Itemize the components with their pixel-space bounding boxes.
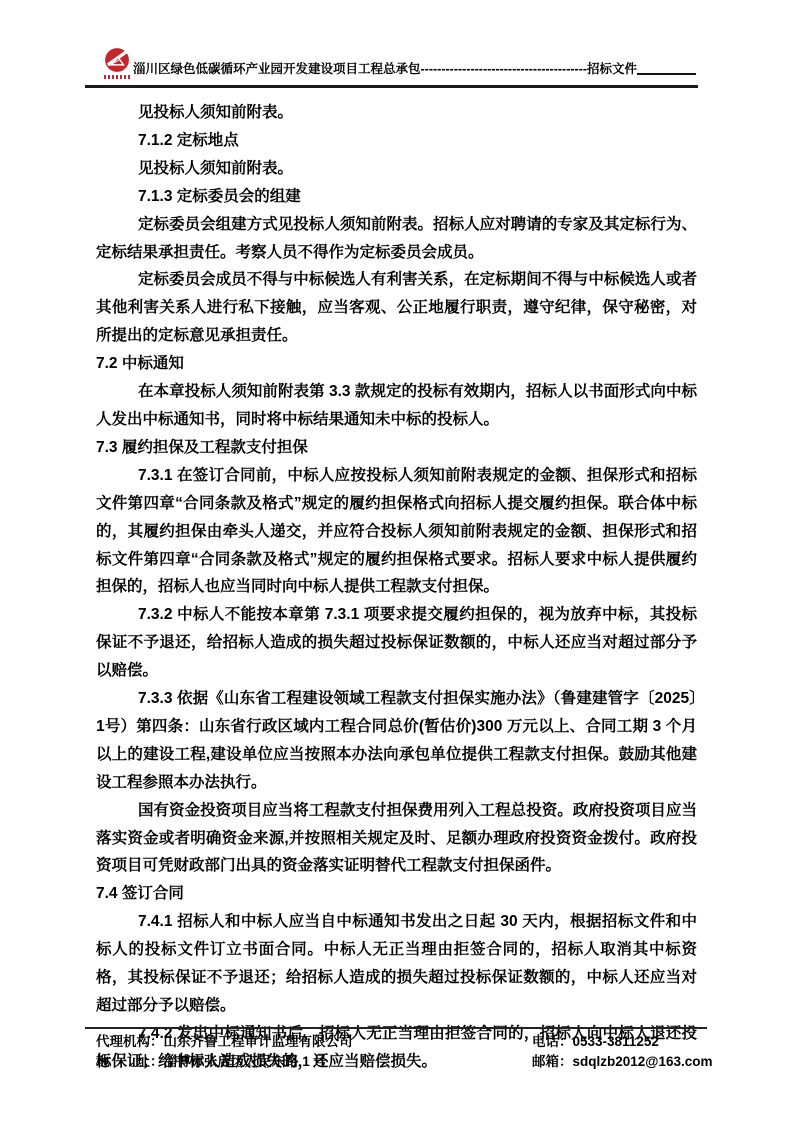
paragraph: 定标委员会组建方式见投标人须知前附表。招标人应对聘请的专家及其定标行为、定标结果… bbox=[96, 211, 697, 267]
page-footer: 代理机构：山东齐鲁工程审计监理有限公司 电话：0533-3811252 地 址：… bbox=[96, 1032, 707, 1072]
project-title: 淄川区绿色低碳循环产业园开发建设项目工程总承包 bbox=[133, 62, 421, 76]
doc-type-label: 招标文件 bbox=[587, 62, 637, 76]
agency-name: 代理机构：山东齐鲁工程审计监理有限公司 bbox=[96, 1032, 353, 1052]
footer-row: 地 址：淄博市张店区人民东路 1 号 邮箱：sdqlzb2012@163.com bbox=[96, 1052, 707, 1072]
header-short-rule bbox=[637, 73, 696, 75]
document-body: 见投标人须知前附表。 7.1.2 定标地点 见投标人须知前附表。 7.1.3 定… bbox=[96, 99, 697, 1076]
footer-row: 代理机构：山东齐鲁工程审计监理有限公司 电话：0533-3811252 bbox=[96, 1032, 707, 1052]
paragraph: 见投标人须知前附表。 bbox=[96, 155, 697, 183]
paragraph: 7.3.2 中标人不能按本章第 7.3.1 项要求提交履约担保的，视为放弃中标，… bbox=[96, 601, 697, 685]
paragraph: 定标委员会成员不得与中标候选人有利害关系，在定标期间不得与中标候选人或者其他利害… bbox=[96, 266, 697, 350]
document-page: 淄川区绿色低碳循环产业园开发建设项目工程总承包-----------------… bbox=[0, 0, 793, 1121]
paragraph: 见投标人须知前附表。 bbox=[96, 99, 697, 127]
company-logo-icon bbox=[104, 47, 130, 73]
phone-number: 电话：0533-3811252 bbox=[532, 1032, 659, 1052]
section-heading: 7.1.3 定标委员会的组建 bbox=[96, 183, 697, 211]
section-heading: 7.1.2 定标地点 bbox=[96, 127, 697, 155]
paragraph: 7.3.1 在签订合同前，中标人应按投标人须知前附表规定的金额、担保形式和招标文… bbox=[96, 462, 697, 602]
section-heading: 7.2 中标通知 bbox=[96, 350, 697, 378]
section-heading: 7.3 履约担保及工程款支付担保 bbox=[96, 434, 697, 462]
agency-address: 地 址：淄博市张店区人民东路 1 号 bbox=[96, 1052, 327, 1072]
paragraph: 在本章投标人须知前附表第 3.3 款规定的投标有效期内，招标人以书面形式向中标人… bbox=[96, 378, 697, 434]
paragraph: 7.3.3 依据《山东省工程建设领域工程款支付担保实施办法》（鲁建建管字〔202… bbox=[96, 685, 697, 797]
header-title-line: 淄川区绿色低碳循环产业园开发建设项目工程总承包-----------------… bbox=[133, 60, 693, 78]
paragraph: 国有资金投资项目应当将工程款支付担保费用列入工程总投资。政府投资项目应当落实资金… bbox=[96, 797, 697, 881]
footer-divider-rule bbox=[85, 1027, 707, 1029]
logo-caption-text bbox=[104, 75, 130, 79]
email-address: 邮箱：sdqlzb2012@163.com bbox=[532, 1052, 712, 1072]
header-dash-separator: ---------------------------------------- bbox=[421, 62, 588, 76]
section-heading: 7.4 签订合同 bbox=[96, 880, 697, 908]
paragraph: 7.4.1 招标人和中标人应当自中标通知书发出之日起 30 天内，根据招标文件和… bbox=[96, 908, 697, 1020]
header-divider-rule bbox=[85, 85, 698, 88]
